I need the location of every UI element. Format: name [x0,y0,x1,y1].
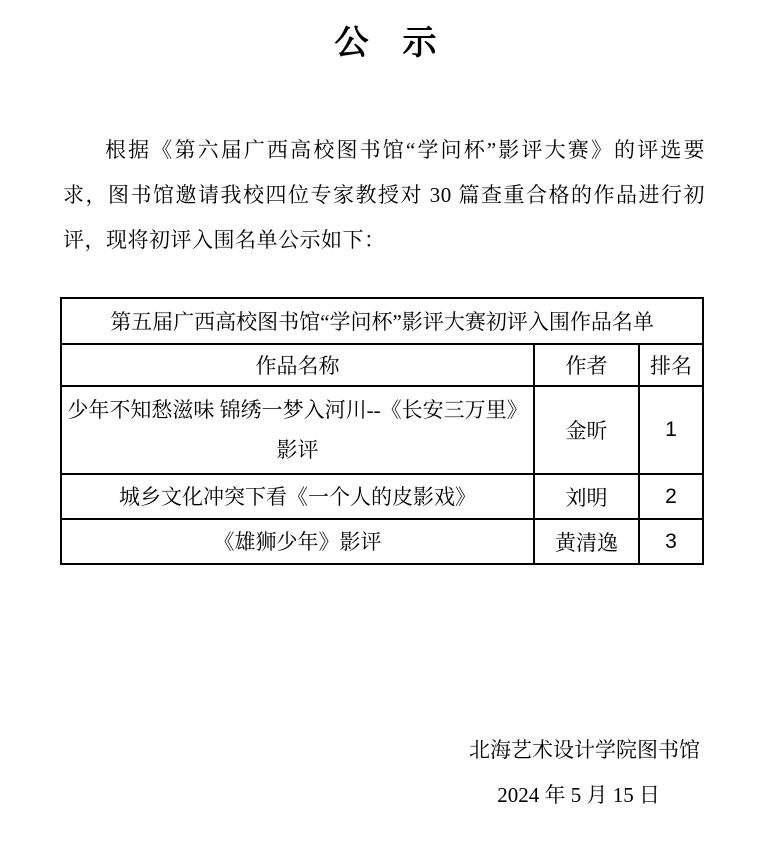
shortlist-table: 第五届广西高校图书馆“学问杯”影评大赛初评入围作品名单 作品名称 作者 排名 少… [60,297,704,565]
rank-cell: 3 [639,519,703,564]
work-title-cell: 《雄狮少年》影评 [61,519,534,564]
work-title-cell: 少年不知愁滋味 锦绣一梦入河川--《长安三万里》影评 [61,386,534,474]
rank-cell: 2 [639,474,703,519]
author-cell: 黄清逸 [534,519,639,564]
column-header-work-title: 作品名称 [61,344,534,386]
announcement-paragraph: 根据《第六届广西高校图书馆“学问杯”影评大赛》的评选要求，图书馆邀请我校四位专家… [63,128,705,263]
table-row: 城乡文化冲突下看《一个人的皮影戏》 刘明 2 [61,474,703,519]
column-header-author: 作者 [534,344,639,386]
table-header-row: 作品名称 作者 排名 [61,344,703,386]
work-title-cell: 城乡文化冲突下看《一个人的皮影戏》 [61,474,534,519]
announcement-document: 公 示 根据《第六届广西高校图书馆“学问杯”影评大赛》的评选要求，图书馆邀请我校… [0,0,771,851]
table-row: 《雄狮少年》影评 黄清逸 3 [61,519,703,564]
date: 2024 年 5 月 15 日 [0,773,771,818]
author-cell: 金昕 [534,386,639,474]
table-caption-row: 第五届广西高校图书馆“学问杯”影评大赛初评入围作品名单 [61,298,703,344]
column-header-rank: 排名 [639,344,703,386]
signature: 北海艺术设计学院图书馆 [0,728,771,773]
page-title: 公 示 [0,0,771,64]
author-cell: 刘明 [534,474,639,519]
table-row: 少年不知愁滋味 锦绣一梦入河川--《长安三万里》影评 金昕 1 [61,386,703,474]
table-caption: 第五届广西高校图书馆“学问杯”影评大赛初评入围作品名单 [61,298,703,344]
rank-cell: 1 [639,386,703,474]
